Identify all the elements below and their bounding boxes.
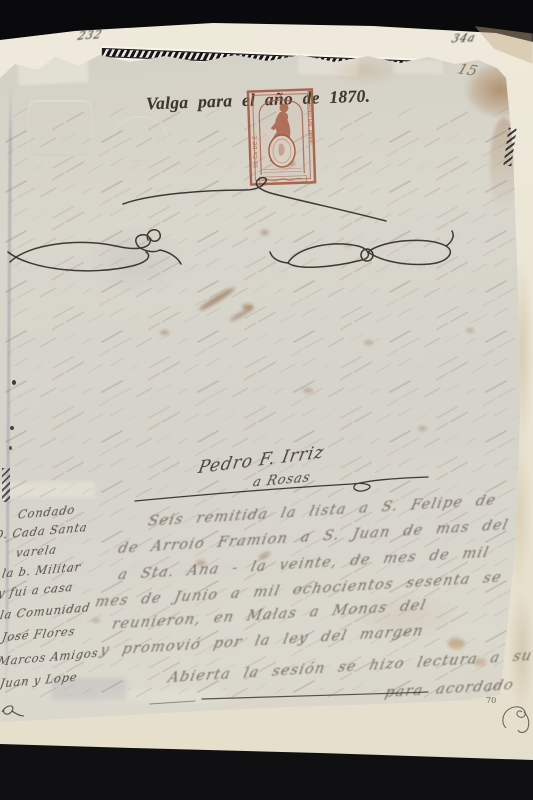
- photo-of-manuscript: 232 34a: [0, 0, 533, 800]
- album-scribble-left: 232: [76, 28, 104, 43]
- ink-speck: [9, 446, 12, 450]
- tiny-mark: 70: [486, 696, 496, 705]
- ink-speck: [12, 380, 16, 385]
- ink-showthrough-texture: [0, 0, 533, 800]
- border-peek-left: [2, 468, 10, 502]
- ink-speck: [10, 426, 14, 430]
- album-scribble-right: 34a: [450, 31, 478, 45]
- manuscript-sheet: [0, 0, 533, 800]
